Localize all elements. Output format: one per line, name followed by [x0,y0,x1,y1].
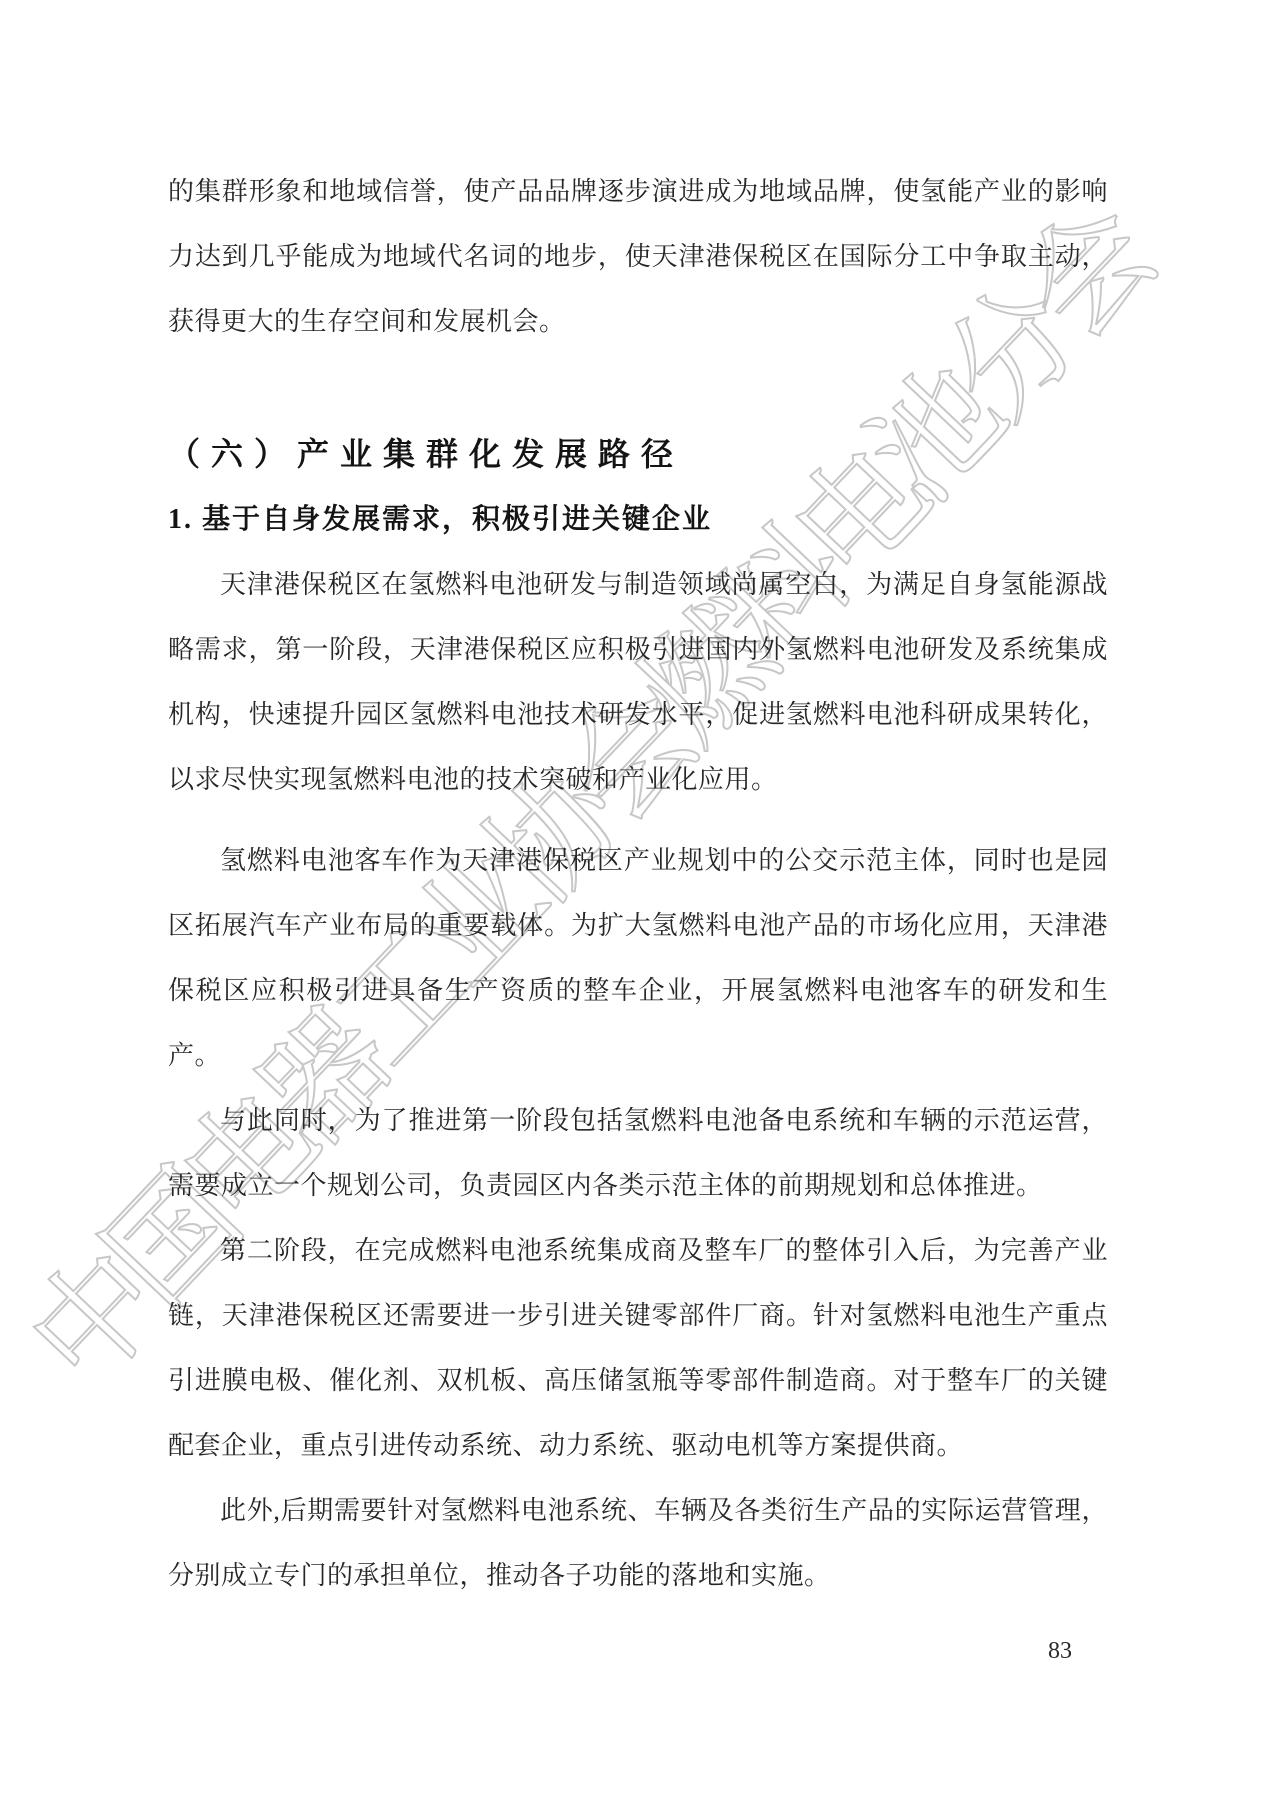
body-line: 分别成立专门的承担单位，推动各子功能的落地和实施。 [168,1543,1108,1608]
body-line: 引进膜电极、催化剂、双机板、高压储氢瓶等零部件制造商。对于整车厂的关键 [168,1348,1108,1413]
body-line: 需要成立一个规划公司，负责园区内各类示范主体的前期规划和总体推进。 [168,1153,1108,1218]
body-line: 保税区应积极引进具备生产资质的整车企业，开展氢燃料电池客车的研发和生 [168,958,1108,1023]
paragraph-5: 此外,后期需要针对氢燃料电池系统、车辆及各类衍生产品的实际运营管理， 分别成立专… [168,1478,1108,1608]
page-content: 的集群形象和地域信誉，使产品品牌逐步演进成为地域品牌，使氢能产业的影响 力达到几… [168,159,1108,1608]
body-line: 配套企业，重点引进传动系统、动力系统、驱动电机等方案提供商。 [168,1413,1108,1478]
body-line: 与此同时，为了推进第一阶段包括氢燃料电池备电系统和车辆的示范运营， [168,1088,1108,1153]
paragraph-2: 氢燃料电池客车作为天津港保税区产业规划中的公交示范主体，同时也是园 区拓展汽车产… [168,828,1108,1088]
body-line: 氢燃料电池客车作为天津港保税区产业规划中的公交示范主体，同时也是园 [168,828,1108,893]
intro-paragraph: 的集群形象和地域信誉，使产品品牌逐步演进成为地域品牌，使氢能产业的影响 力达到几… [168,159,1108,354]
paragraph-3: 与此同时，为了推进第一阶段包括氢燃料电池备电系统和车辆的示范运营， 需要成立一个… [168,1088,1108,1218]
body-line: 略需求，第一阶段，天津港保税区应积极引进国内外氢燃料电池研发及系统集成 [168,617,1108,682]
body-line: 区拓展汽车产业布局的重要载体。为扩大氢燃料电池产品的市场化应用，天津港 [168,893,1108,958]
body-line: 链，天津港保税区还需要进一步引进关键零部件厂商。针对氢燃料电池生产重点 [168,1283,1108,1348]
paragraph-1: 天津港保税区在氢燃料电池研发与制造领域尚属空白，为满足自身氢能源战 略需求，第一… [168,552,1108,812]
document-page: 中国电器工业协会燃料电池分会 的集群形象和地域信誉，使产品品牌逐步演进成为地域品… [0,0,1273,1800]
body-line: 机构，快速提升园区氢燃料电池技术研发水平，促进氢燃料电池科研成果转化， [168,682,1108,747]
body-line: 力达到几乎能成为地域代名词的地步，使天津港保税区在国际分工中争取主动， [168,224,1108,289]
subsection-heading: 1. 基于自身发展需求，积极引进关键企业 [168,487,1108,552]
page-number: 83 [1048,1638,1072,1665]
body-line: 第二阶段，在完成燃料电池系统集成商及整车厂的整体引入后，为完善产业 [168,1218,1108,1283]
body-line: 天津港保税区在氢燃料电池研发与制造领域尚属空白，为满足自身氢能源战 [168,552,1108,617]
body-line: 产。 [168,1023,1108,1088]
paragraph-4: 第二阶段，在完成燃料电池系统集成商及整车厂的整体引入后，为完善产业 链，天津港保… [168,1218,1108,1478]
body-line: 的集群形象和地域信誉，使产品品牌逐步演进成为地域品牌，使氢能产业的影响 [168,159,1108,224]
body-line: 以求尽快实现氢燃料电池的技术突破和产业化应用。 [168,747,1108,812]
body-line: 获得更大的生存空间和发展机会。 [168,289,1108,354]
body-line: 此外,后期需要针对氢燃料电池系统、车辆及各类衍生产品的实际运营管理， [168,1478,1108,1543]
section-heading: （六）产业集群化发展路径 [168,422,1108,487]
